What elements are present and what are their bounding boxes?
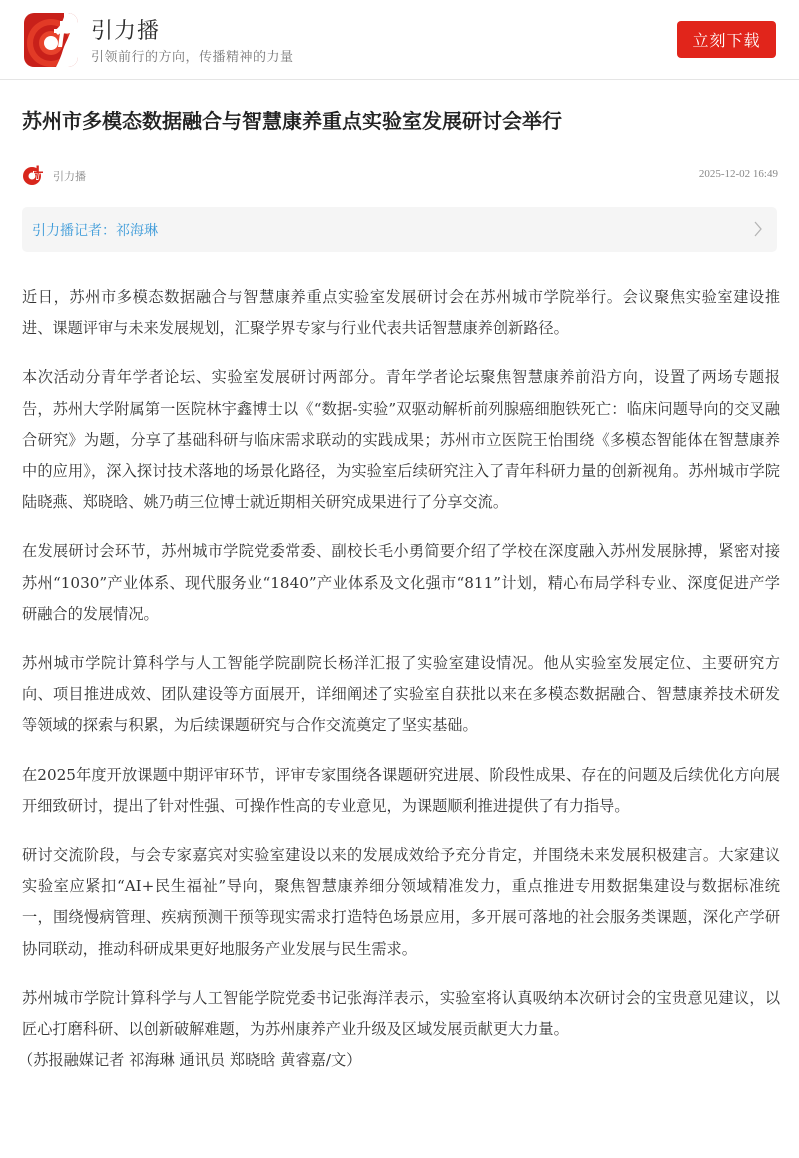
article-paragraph: 苏州城市学院计算科学与人工智能学院党委书记张海洋表示，实验室将认真吸纳本次研讨会…: [22, 983, 780, 1045]
chevron-right-icon: [753, 220, 763, 238]
brand-name: 引力播: [91, 14, 160, 45]
article-body: 近日，苏州市多模态数据融合与智慧康养重点实验室发展研讨会在苏州城市学院举行。会议…: [22, 282, 780, 1076]
article-source[interactable]: 引力播: [53, 168, 86, 184]
article-paragraph: 苏州城市学院计算科学与人工智能学院副院长杨洋汇报了实验室建设情况。他从实验室发展…: [22, 648, 780, 742]
source-avatar-icon[interactable]: [22, 164, 44, 186]
article-paragraph: 在2025年度开放课题中期评审环节，评审专家围绕各课题研究进展、阶段性成果、存在…: [22, 760, 780, 822]
brand-slogan: 引领前行的方向，传播精神的力量: [91, 46, 294, 65]
yinlibo-logo-icon[interactable]: [24, 13, 78, 67]
download-app-button[interactable]: 立刻下载: [677, 21, 776, 58]
app-header: 引力播 引领前行的方向，传播精神的力量 立刻下载: [0, 0, 799, 80]
publish-time: 2025-12-02 16:49: [699, 168, 778, 180]
reporter-card[interactable]: 引力播记者：祁海琳: [22, 207, 777, 252]
article-paragraph: 在发展研讨会环节，苏州城市学院党委常委、副校长毛小勇简要介绍了学校在深度融入苏州…: [22, 536, 780, 630]
article-paragraph: 近日，苏州市多模态数据融合与智慧康养重点实验室发展研讨会在苏州城市学院举行。会议…: [22, 282, 780, 344]
article-paragraph: 研讨交流阶段，与会专家嘉宾对实验室建设以来的发展成效给予充分肯定，并围绕未来发展…: [22, 840, 780, 965]
reporter-label: 引力播记者：祁海琳: [32, 220, 158, 240]
article-title: 苏州市多模态数据融合与智慧康养重点实验室发展研讨会举行: [22, 107, 782, 135]
article-paragraph: 本次活动分青年学者论坛、实验室发展研讨两部分。青年学者论坛聚焦智慧康养前沿方向，…: [22, 362, 780, 518]
article-meta: 引力播 2025-12-02 16:49: [22, 164, 778, 188]
article-byline: （苏报融媒记者 祁海琳 通讯员 郑晓晗 黄睿嘉/文）: [18, 1045, 780, 1076]
